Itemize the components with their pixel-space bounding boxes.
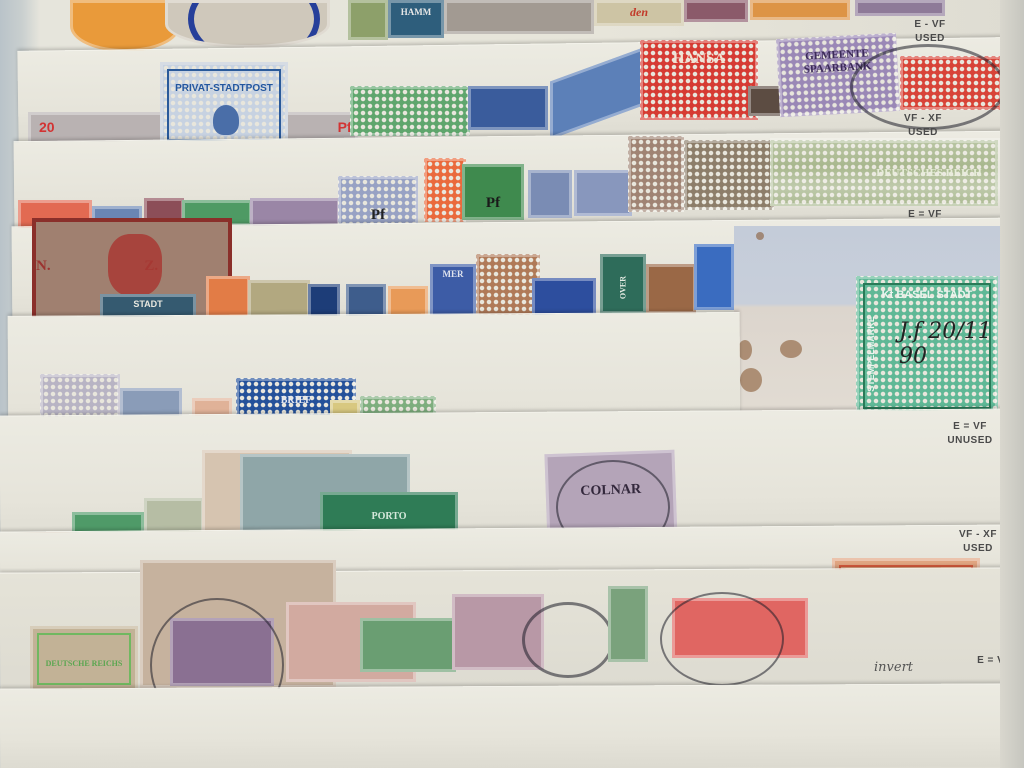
condition-note-r2: VF - XF USED <box>888 112 958 140</box>
stamp-privat-stadtpost: PRIVAT-STADTPOST <box>160 62 288 148</box>
page-edge <box>1000 0 1024 768</box>
stamp-blue-grey-2 <box>574 170 632 216</box>
stamp-text-basel: Kt BASEL STADT <box>859 289 995 301</box>
stamp-brown-ho <box>646 264 696 314</box>
stamp-brown-10-cancelled <box>476 254 540 320</box>
condition-note-r3: E = VF <box>898 208 952 222</box>
stamp-text-mer: MER <box>433 269 473 279</box>
stamp-orange-top <box>750 0 850 20</box>
stamp-text-porto: PORTO <box>323 511 455 522</box>
stamp-text-stempelmarke: STEMPELMARKE <box>866 284 876 416</box>
stamp-green-pf: Pf <box>462 164 524 220</box>
stock-strip-8 <box>0 683 1024 768</box>
stamp-orange-seal <box>70 0 180 52</box>
eagle-icon <box>108 234 162 296</box>
foxing-spot <box>756 232 764 240</box>
stamp-orange-frame <box>424 158 466 222</box>
stamp-text-over: OVER <box>619 268 628 308</box>
stamp-maroon <box>684 0 748 22</box>
foxing-spot <box>740 368 762 392</box>
stamp-text-pf-2: Pf <box>465 195 521 212</box>
condition-note-r4: E = VF UNUSED <box>938 420 1002 448</box>
stamp-green-strip <box>608 586 648 662</box>
foxing-spot <box>738 340 752 360</box>
handwritten-invert: invert <box>874 660 913 675</box>
foxing-spot <box>780 340 802 358</box>
grade-label: VF - XF <box>888 112 958 126</box>
stamp-purple-top <box>855 0 945 16</box>
grade-label: E = VF <box>938 420 1002 434</box>
stamp-blue-eagle-seal <box>165 0 330 48</box>
grade-label: E - VF <box>900 18 960 32</box>
stockbook-page: HAMM den 20 Zwanzig Pfennig 20 PRIVAT-ST… <box>0 0 1024 768</box>
stamp-brown-oval-2 <box>684 140 774 210</box>
status-label: USED <box>900 32 960 46</box>
portrait-icon <box>213 105 239 135</box>
stamp-basel-stadt-stempelmarke: Kt BASEL STADT STEMPELMARKE J.f 20/11 90 <box>856 276 998 416</box>
stamp-text-stadt: STADT <box>103 299 193 309</box>
stamp-blue-grey-1 <box>528 170 572 218</box>
stamp-green-over: OVER <box>600 254 646 314</box>
stamp-text-privat-stadtpost: PRIVAT-STADTPOST <box>163 83 285 94</box>
stamp-text-reichs: DEUTSCHE REICHS <box>33 659 135 668</box>
pen-cancel: J.f 20/11 90 <box>899 319 995 369</box>
stamp-text-hamm: HAMM <box>391 7 441 17</box>
stamp-brown-oval-1 <box>628 136 684 212</box>
stamp-blue-pf: Pf <box>338 176 418 226</box>
stamp-blue-brief <box>468 86 548 130</box>
stamp-text-pf: Pf <box>341 207 415 224</box>
stamp-green-curo <box>360 618 456 672</box>
stamp-green-hannover <box>350 86 470 136</box>
status-label: UNUSED <box>938 434 1002 448</box>
condition-note-r1: E - VF USED <box>900 18 960 46</box>
stamp-blue-h <box>694 244 734 310</box>
stamp-green-2 <box>348 0 388 40</box>
glassine-sleeve <box>770 138 1000 208</box>
stamp-hamm: HAMM <box>388 0 444 38</box>
stamp-hansa: HANSA <box>640 40 758 120</box>
postmark-upur <box>522 602 614 678</box>
stamp-orange-grey <box>444 0 594 34</box>
grade-label: E = VF <box>898 208 952 222</box>
stamp-text-hansa: HANSA <box>643 51 755 68</box>
postmark-weimar <box>660 592 784 686</box>
stamp-text-den: den <box>597 5 681 20</box>
stamp-deutsche-reichs: DEUTSCHE REICHS <box>30 626 138 692</box>
stamp-den: den <box>594 0 684 26</box>
